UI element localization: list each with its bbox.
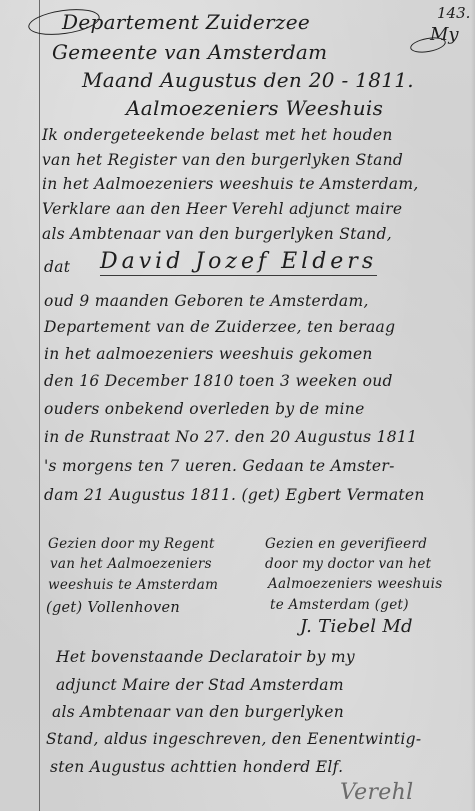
- header-institution: Aalmoezeniers Weeshuis: [126, 96, 383, 120]
- body-line-5: als Ambtenaar van den burgerlyken Stand,: [42, 225, 392, 243]
- body2-line-7: 's morgens ten 7 ueren. Gedaan te Amster…: [44, 457, 395, 475]
- witness-left-line-2: van het Aalmoezeniers: [50, 556, 212, 572]
- witness-left-line-3: weeshuis te Amsterdam: [48, 577, 218, 593]
- body2-line-1: oud 9 maanden Geboren te Amsterdam,: [44, 292, 369, 310]
- witness-right-line-3: Aalmoezeniers weeshuis: [268, 576, 443, 592]
- closing-line-5: sten Augustus achttien honderd Elf.: [50, 758, 343, 776]
- margin-rule: [39, 0, 40, 811]
- deceased-name: David Jozef Elders: [100, 249, 377, 276]
- final-signature: Verehl: [340, 780, 413, 805]
- body-line-2: van het Register van den burgerlyken Sta…: [42, 151, 403, 169]
- header-department: Departement Zuiderzee: [62, 10, 310, 34]
- header-municipality: Gemeente van Amsterdam: [52, 40, 327, 64]
- witness-left-line-1: Gezien door my Regent: [48, 536, 215, 552]
- closing-line-1: Het bovenstaande Declaratoir by my: [56, 648, 355, 666]
- body2-line-8: dam 21 Augustus 1811. (get) Egbert Verma…: [44, 486, 425, 504]
- closing-line-4: Stand, aldus ingeschreven, den Eenentwin…: [46, 730, 421, 748]
- body2-line-4: den 16 December 1810 toen 3 weeken oud: [44, 372, 393, 390]
- witness-right-line-1: Gezien en geverifieerd: [265, 536, 427, 552]
- witness-right-signature: J. Tiebel Md: [300, 616, 413, 637]
- witness-left-signature: (get) Vollenhoven: [46, 600, 180, 616]
- body-line-3: in het Aalmoezeniers weeshuis te Amsterd…: [42, 175, 419, 193]
- folio-flourish-icon: [409, 35, 447, 55]
- folio-number: 143.: [437, 4, 470, 22]
- name-prefix: dat: [44, 258, 70, 276]
- witness-right-line-2: door my doctor van het: [265, 556, 431, 572]
- body2-line-3: in het aalmoezeniers weeshuis gekomen: [44, 345, 373, 363]
- page-edge-shadow: [471, 0, 475, 811]
- body-line-1: Ik ondergeteekende belast met het houden: [42, 126, 393, 144]
- header-date: Maand Augustus den 20 - 1811.: [82, 68, 414, 92]
- closing-line-2: adjunct Maire der Stad Amsterdam: [56, 676, 344, 694]
- body2-line-2: Departement van de Zuiderzee, ten beraag: [44, 318, 395, 336]
- register-page: 143. My Departement Zuiderzee Gemeente v…: [0, 0, 475, 811]
- body2-line-5: ouders onbekend overleden by de mine: [44, 400, 365, 418]
- closing-line-3: als Ambtenaar van den burgerlyken: [52, 703, 344, 721]
- body-line-4: Verklare aan den Heer Verehl adjunct mai…: [42, 200, 402, 218]
- body2-line-6: in de Runstraat No 27. den 20 Augustus 1…: [44, 428, 417, 446]
- witness-right-line-4: te Amsterdam (get): [270, 597, 409, 613]
